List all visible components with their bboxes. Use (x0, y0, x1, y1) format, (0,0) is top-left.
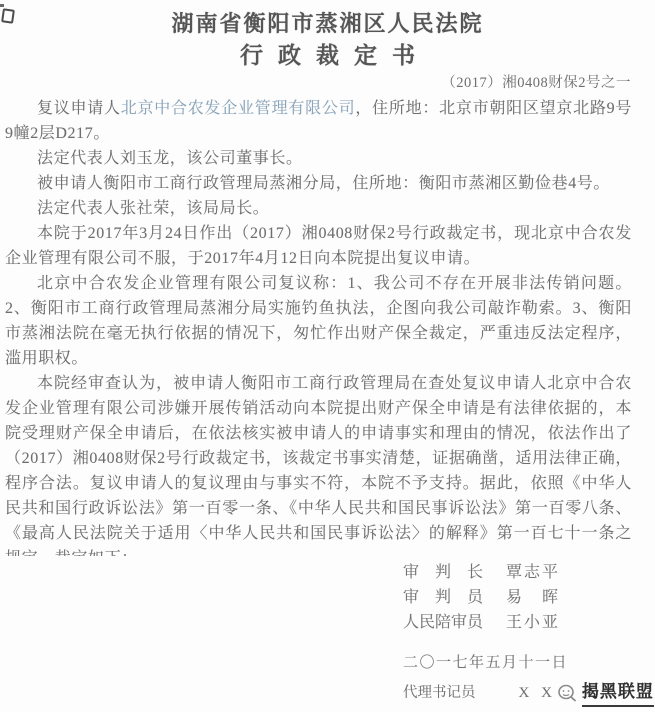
watermark-label: 揭黑联盟 (582, 679, 654, 707)
paragraph-legal-rep-respondent: 法定代表人张社荣，该局局长。 (5, 196, 632, 221)
court-ruling-document: 湖南省衡阳市蒸湘区人民法院 行政裁定书 （2017）湘0408财保2号之一 复议… (0, 0, 655, 712)
judge-row: 人民陪审员 王小亚 (403, 610, 655, 635)
judge-name: 覃志平 (506, 560, 560, 585)
scan-artifact (0, 4, 4, 7)
document-type-title: 行政裁定书 (0, 42, 655, 70)
paragraph-review-claims: 北京中合农发企业管理有限公司复议称：1、我公司不存在开展非法传销问题。2、衡阳市… (5, 271, 632, 371)
ruling-date: 二〇一七年五月十一日 (403, 651, 655, 676)
paragraph-court-opinion: 本院经审查认为，被申请人衡阳市工商行政管理局在查处复议申请人北京中合农发企业管理… (5, 371, 632, 556)
paragraph-applicant: 复议申请人北京中合农发企业管理有限公司，住所地：北京市朝阳区望京北路9号9幢2层… (5, 96, 632, 146)
paragraph-legal-rep-applicant: 法定代表人刘玉龙，该公司董事长。 (5, 146, 632, 171)
judge-name: 易 晖 (506, 585, 560, 610)
court-name-title: 湖南省衡阳市蒸湘区人民法院 (0, 10, 655, 38)
judge-role: 人民陪审员 (403, 610, 485, 635)
case-number: （2017）湘0408财保2号之一 (0, 74, 631, 92)
signature-block: 审 判 长 覃志平 审 判 员 易 晖 人民陪审员 王小亚 二〇一七年五月十一日… (403, 560, 655, 707)
applicant-prefix: 复议申请人 (37, 100, 121, 117)
company-name-highlight: 北京中合农发企业管理有限公司 (121, 100, 356, 117)
clerk-row: 代理书记员 X X 揭黑联盟 (403, 679, 655, 707)
scan-artifact (1, 8, 15, 24)
clerk-name: X X (519, 680, 556, 706)
clerk-role: 代理书记员 (403, 680, 476, 706)
judge-row: 审 判 长 覃志平 (403, 560, 655, 585)
magnifier-logo-icon (557, 683, 577, 703)
judge-role: 审 判 员 (403, 585, 485, 610)
judge-role: 审 判 长 (403, 560, 485, 585)
judge-name: 王小亚 (506, 610, 560, 635)
judge-row: 审 判 员 易 晖 (403, 585, 655, 610)
paragraph-respondent: 被申请人衡阳市工商行政管理局蒸湘分局，住所地：衡阳市蒸湘区勤俭巷4号。 (5, 171, 632, 196)
document-body: 复议申请人北京中合农发企业管理有限公司，住所地：北京市朝阳区望京北路9号9幢2层… (5, 96, 632, 556)
paragraph-case-history: 本院于2017年3月24日作出（2017）湘0408财保2号行政裁定书，现北京中… (5, 221, 632, 271)
